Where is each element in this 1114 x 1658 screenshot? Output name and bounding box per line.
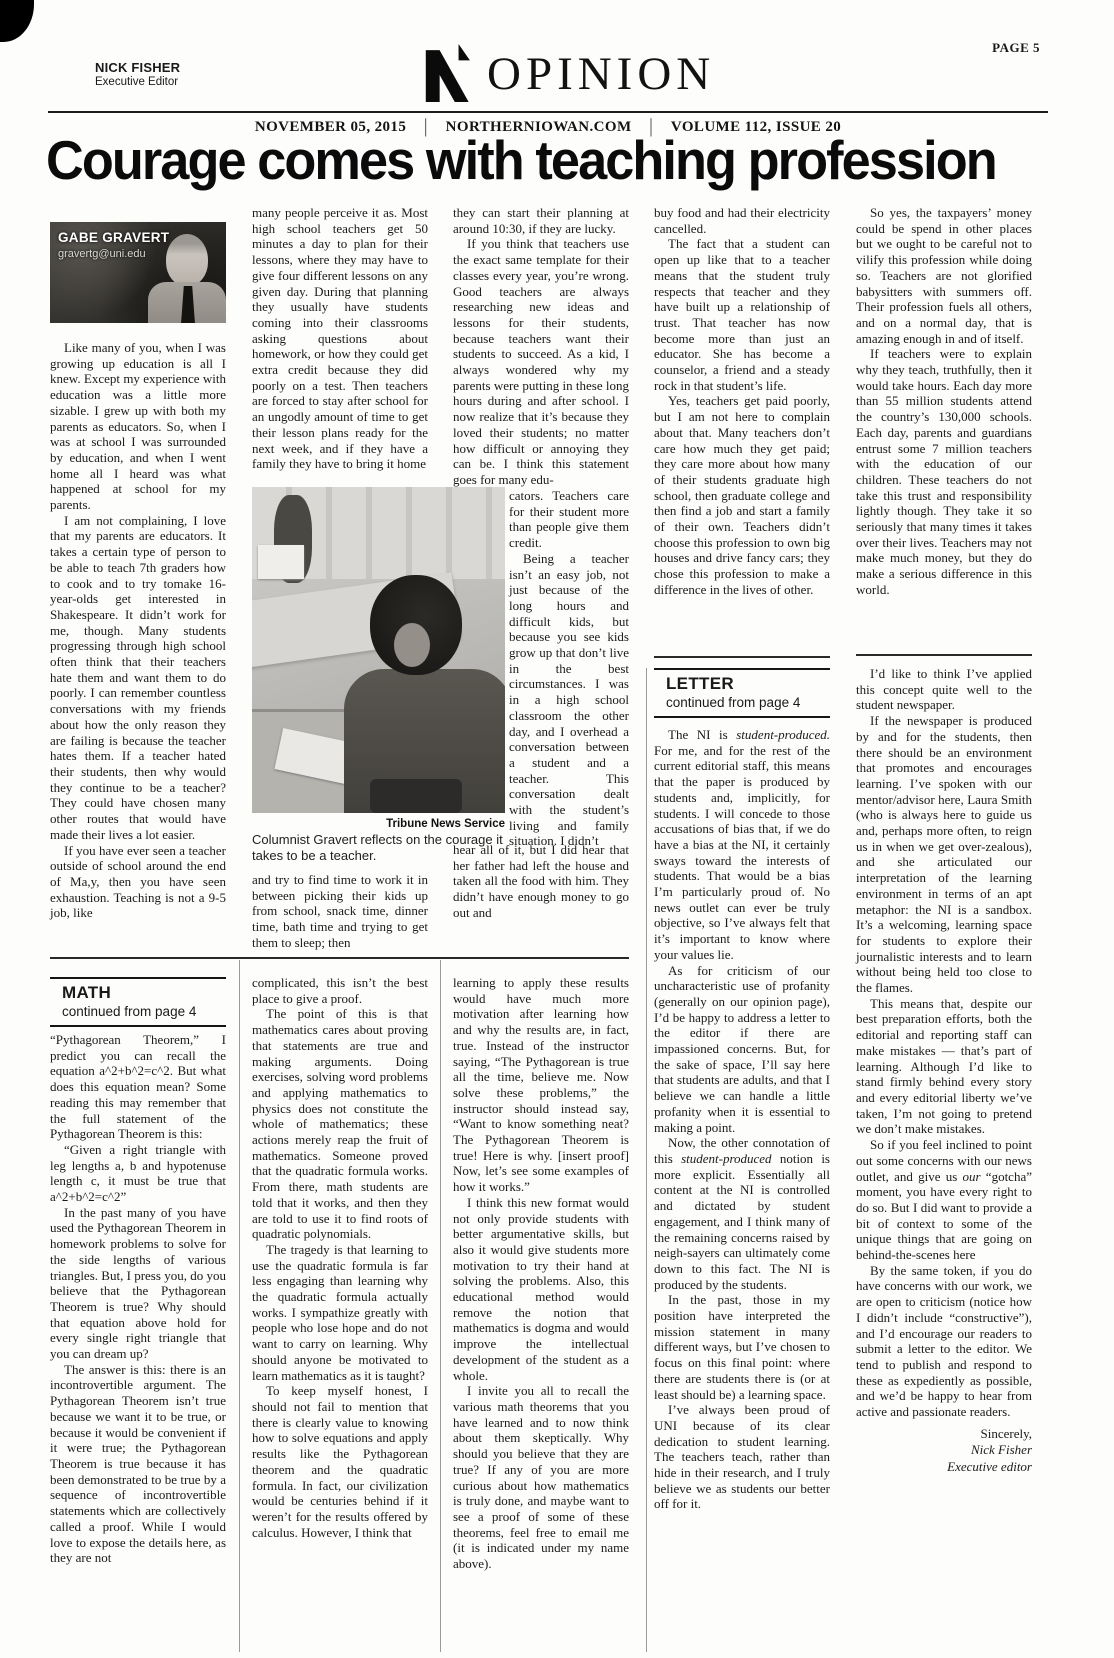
body-paragraph: I’ve always been proud of UNI because of… <box>654 1402 830 1512</box>
author-portrait <box>166 234 208 286</box>
body-paragraph: In the past, those in my position have i… <box>654 1292 830 1402</box>
letter-col4: The NI is student-produced. For me, and … <box>654 727 830 1512</box>
body-paragraph: If teachers were to explain why they tea… <box>856 346 1032 597</box>
ni-logo-icon <box>425 44 477 102</box>
body-paragraph: If you have ever seen a teacher outside … <box>50 843 226 922</box>
body-paragraph: I think this new format would not only p… <box>453 1195 629 1383</box>
article-col4: buy food and had their electricity cance… <box>654 205 830 598</box>
body-paragraph: The answer is this: there is an incontro… <box>50 1362 226 1566</box>
body-paragraph: The fact that a student can open up like… <box>654 236 830 393</box>
photo-foreground-object <box>370 779 462 813</box>
body-paragraph: To keep myself honest, I should not fail… <box>252 1383 428 1540</box>
body-paragraph: By the same token, if you do have concer… <box>856 1263 1032 1420</box>
masthead-rule <box>48 111 1048 113</box>
photo-sign <box>258 545 304 579</box>
author-name: GABE GRAVERT <box>58 230 169 245</box>
body-paragraph: hear all of it, but I did hear that her … <box>453 842 629 921</box>
body-paragraph: and try to find time to work it in betwe… <box>252 872 428 951</box>
math-section-header: MATH continued from page 4 <box>50 977 226 1027</box>
body-paragraph: “Pythagorean Theorem,” I predict you can… <box>50 1032 226 1142</box>
article-photo <box>252 487 505 813</box>
letter-section-header: LETTER continued from page 4 <box>654 668 830 718</box>
letter-signature: Sincerely, Nick Fisher Executive editor <box>856 1426 1032 1476</box>
column-divider-rule <box>440 960 441 1652</box>
body-paragraph: So yes, the taxpayers’ money could be sp… <box>856 205 1032 346</box>
article-col3-top: they can start their planning at around … <box>453 205 629 488</box>
author-card: GABE GRAVERT gravertg@uni.edu <box>50 222 226 323</box>
body-paragraph: If the newspaper is produced by and for … <box>856 713 1032 996</box>
body-paragraph: I invite you all to recall the various m… <box>453 1383 629 1571</box>
article-end-rule <box>50 957 629 959</box>
body-paragraph: many people perceive it as. Most high sc… <box>252 205 428 472</box>
math-section-title: MATH <box>62 984 226 1002</box>
math-col1: “Pythagorean Theorem,” I predict you can… <box>50 1032 226 1566</box>
column-divider-rule <box>239 960 240 1652</box>
body-paragraph: The point of this is that mathematics ca… <box>252 1006 428 1242</box>
body-paragraph: I’d like to think I’ve applied this conc… <box>856 666 1032 713</box>
editor-credit: NICK FISHER Executive Editor <box>95 60 180 88</box>
body-paragraph: learning to apply these results would ha… <box>453 975 629 1195</box>
math-col2: complicated, this isn’t the best place t… <box>252 975 428 1540</box>
letter-section-subtitle: continued from page 4 <box>666 695 830 710</box>
photo-foreground-face <box>394 623 430 667</box>
photo-credit: Tribune News Service <box>252 818 505 830</box>
math-col3: learning to apply these results would ha… <box>453 975 629 1572</box>
body-paragraph: they can start their planning at around … <box>453 205 629 236</box>
body-paragraph: As for criticism of our uncharacteristic… <box>654 963 830 1136</box>
letter-col5: I’d like to think I’ve applied this conc… <box>856 666 1032 1475</box>
body-paragraph: Now, the other connotation of this stude… <box>654 1135 830 1292</box>
editor-title: Executive Editor <box>95 76 180 88</box>
col4-end-rule <box>654 656 830 658</box>
body-paragraph: buy food and had their electricity cance… <box>654 205 830 236</box>
article-col3-below-photo: hear all of it, but I did hear that her … <box>453 842 629 921</box>
body-paragraph: If you think that teachers use the exact… <box>453 236 629 487</box>
body-paragraph: This means that, despite our best prepar… <box>856 996 1032 1137</box>
article-col2-top: many people perceive it as. Most high sc… <box>252 205 428 472</box>
article-col3-narrow: cators. Teachers care for their student … <box>509 488 629 849</box>
col5-end-rule <box>856 654 1032 656</box>
body-paragraph: Like many of you, when I was growing up … <box>50 340 226 513</box>
signature-closing: Sincerely, <box>856 1426 1032 1443</box>
headline: Courage comes with teaching profession <box>46 130 1053 190</box>
body-paragraph: In the past many of you have used the Py… <box>50 1205 226 1362</box>
scan-corner-artifact <box>0 0 34 42</box>
signature-title: Executive editor <box>856 1459 1032 1476</box>
page-number: PAGE 5 <box>930 40 1040 56</box>
math-section-subtitle: continued from page 4 <box>62 1004 226 1019</box>
article-col1: Like many of you, when I was growing up … <box>50 340 226 921</box>
editor-name: NICK FISHER <box>95 60 180 75</box>
section-title: OPINION <box>487 46 715 102</box>
body-paragraph: The tragedy is that learning to use the … <box>252 1242 428 1383</box>
masthead-brand: OPINION <box>425 44 715 102</box>
article-col2-below-photo: and try to find time to work it in betwe… <box>252 872 428 951</box>
body-paragraph: Yes, teachers get paid poorly, but I am … <box>654 393 830 597</box>
letter-section-divider-rule <box>646 668 647 1652</box>
body-paragraph: “Given a right triangle with leg lengths… <box>50 1142 226 1205</box>
letter-section-title: LETTER <box>666 675 830 693</box>
body-paragraph: The NI is student-produced. For me, and … <box>654 727 830 963</box>
body-paragraph: complicated, this isn’t the best place t… <box>252 975 428 1006</box>
body-paragraph: Being a teacher isn’t an easy job, not j… <box>509 551 629 849</box>
signature-name: Nick Fisher <box>856 1442 1032 1459</box>
article-col5: So yes, the taxpayers’ money could be sp… <box>856 205 1032 598</box>
body-paragraph: So if you feel inclined to point out som… <box>856 1137 1032 1263</box>
body-paragraph: I am not complaining, I love that my par… <box>50 513 226 843</box>
body-paragraph: cators. Teachers care for their student … <box>509 488 629 551</box>
newspaper-page: NICK FISHER Executive Editor PAGE 5 OPIN… <box>0 0 1114 1658</box>
letter-col5-paragraphs: I’d like to think I’ve applied this conc… <box>856 666 1032 1420</box>
author-email: gravertg@uni.edu <box>58 248 146 260</box>
